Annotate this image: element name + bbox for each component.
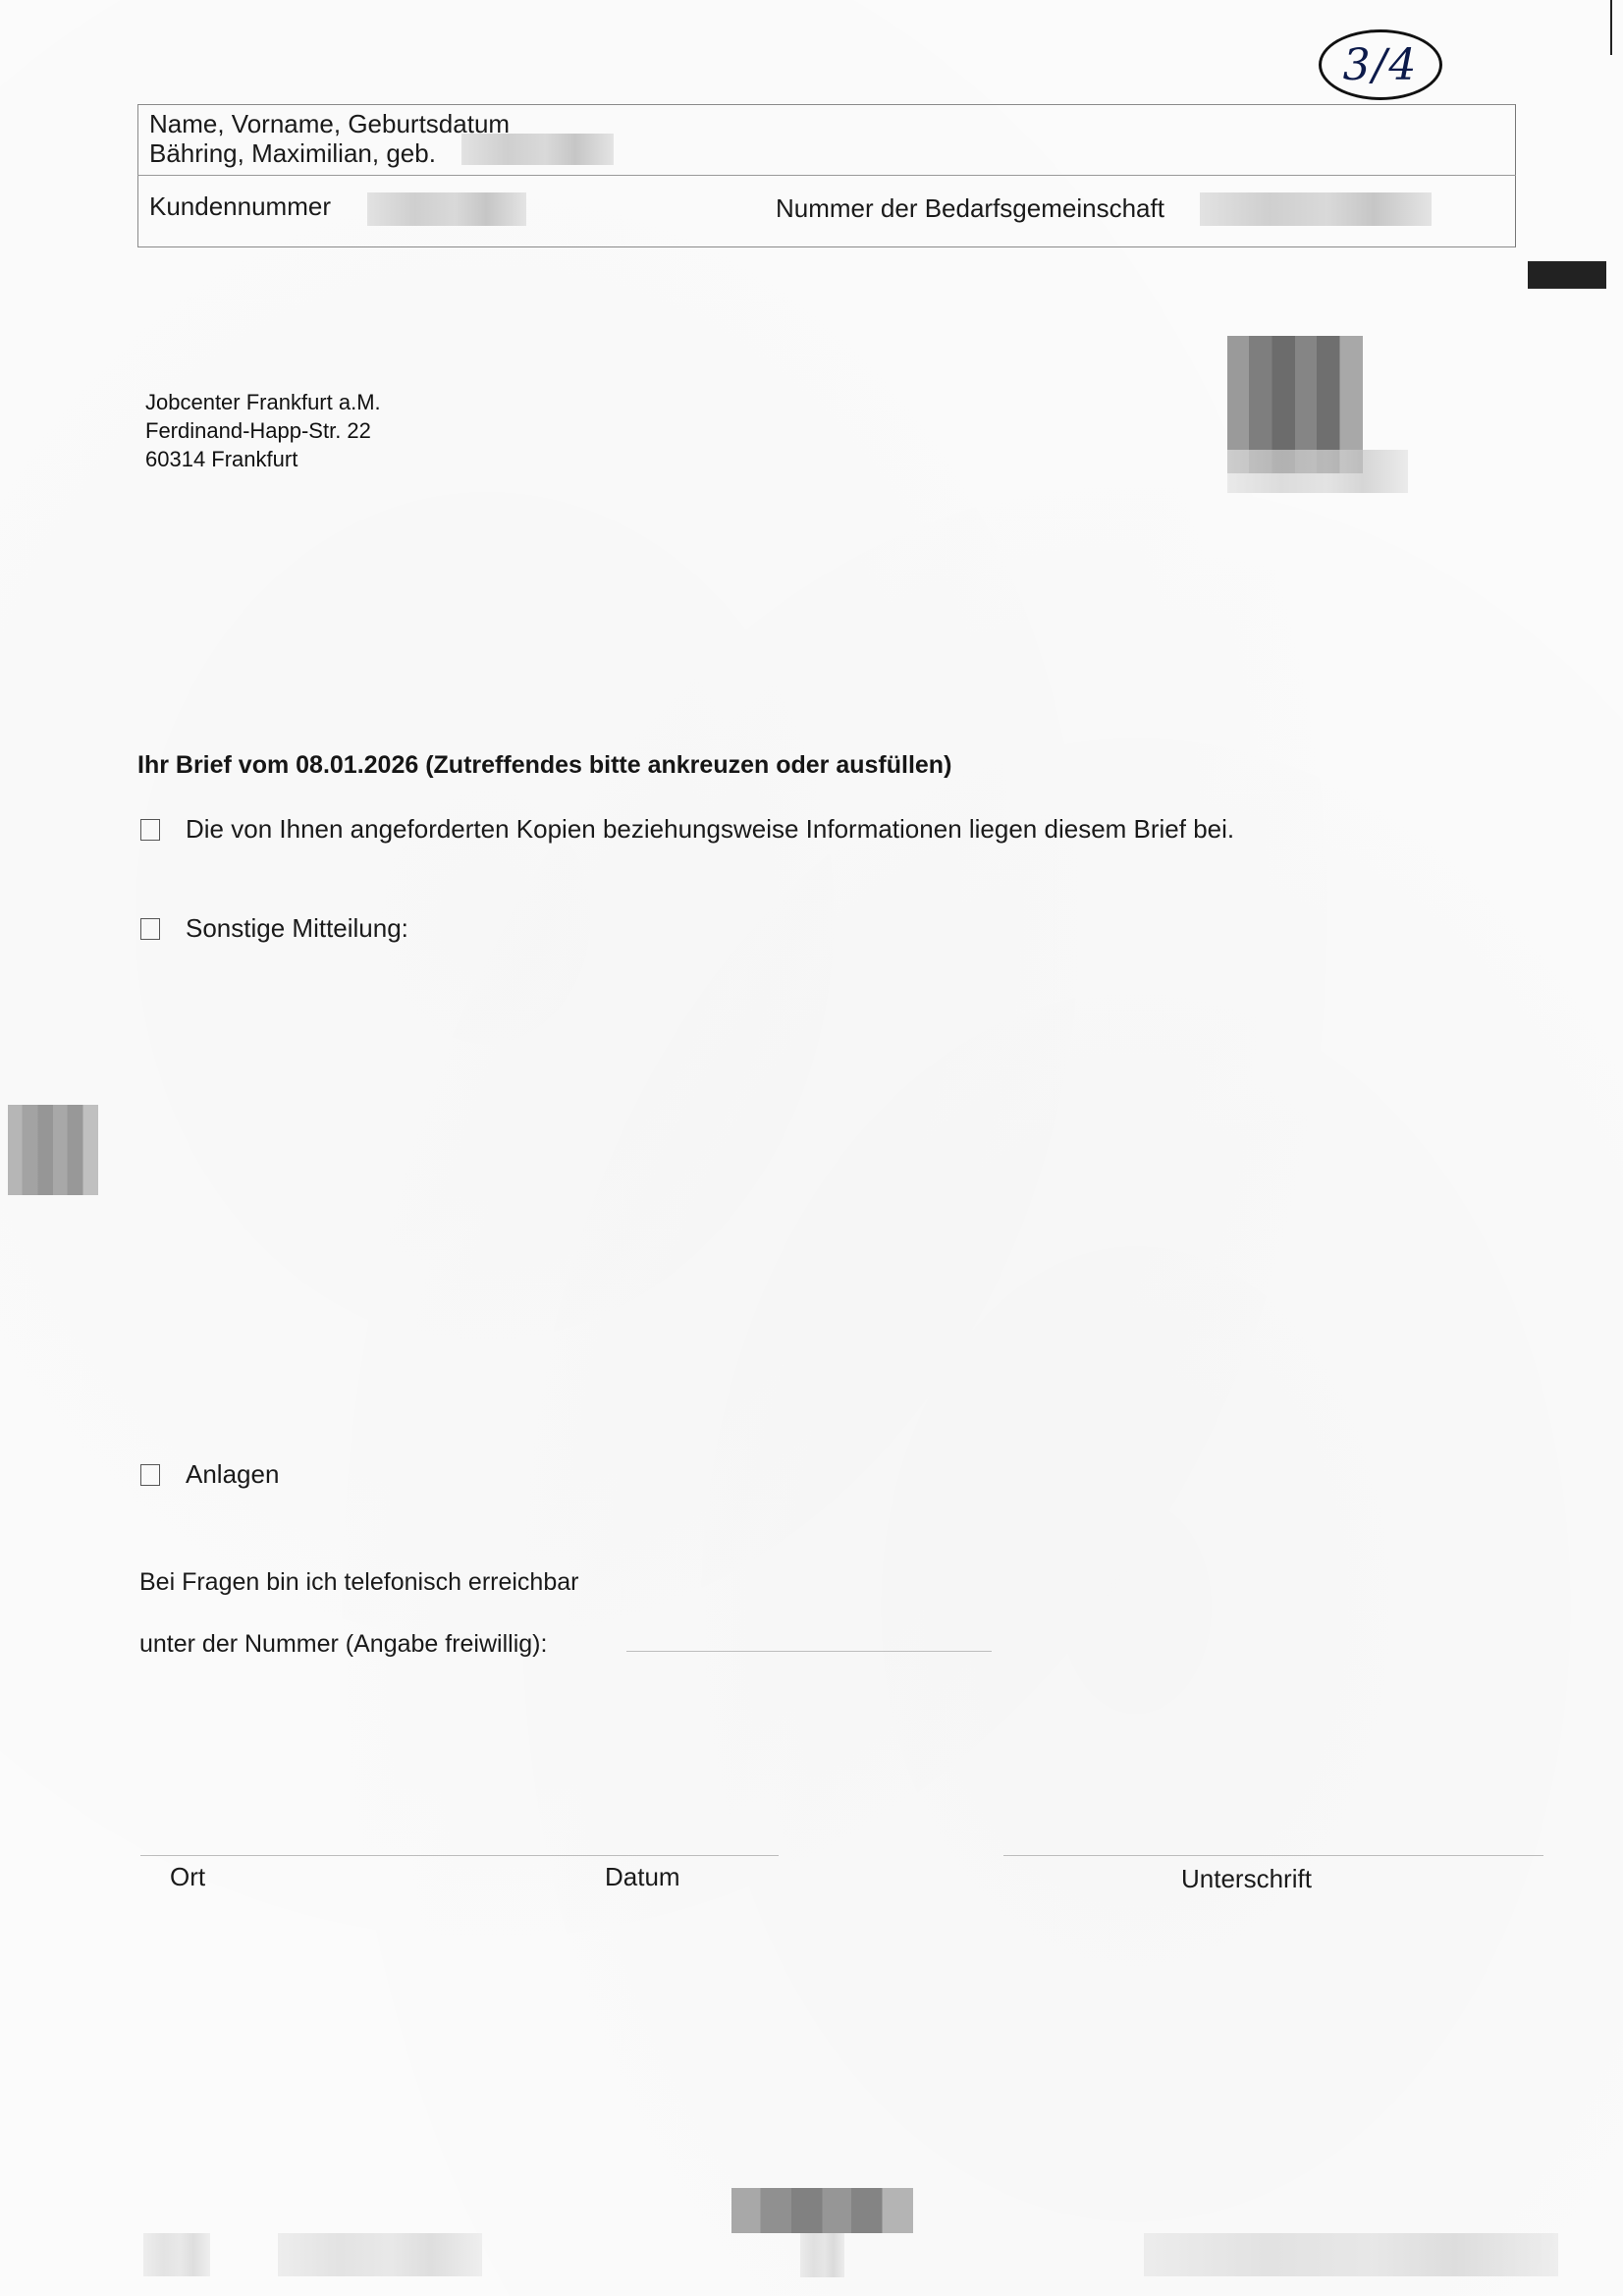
checkbox-copies-enclosed[interactable] [140, 819, 160, 841]
redacted-footer-center [731, 2188, 913, 2233]
redacted-birthdate [461, 134, 614, 165]
recipient-address: Jobcenter Frankfurt a.M. Ferdinand-Happ-… [145, 388, 381, 473]
phone-field-label: unter der Nummer (Angabe freiwillig): [139, 1630, 547, 1659]
recipient-line-1: Jobcenter Frankfurt a.M. [145, 388, 381, 416]
option-copies-enclosed[interactable]: Die von Ihnen angeforderten Kopien bezie… [140, 814, 1234, 845]
other-message-text-area[interactable] [172, 957, 1517, 1409]
option-attachments[interactable]: Anlagen [140, 1459, 279, 1490]
edge-mark [1610, 0, 1612, 55]
name-field-label: Name, Vorname, Geburtsdatum [149, 110, 510, 138]
redacted-footer-right [1144, 2233, 1558, 2276]
page-number-stamp: 3/4 [1319, 29, 1442, 100]
signature-label: Unterschrift [1181, 1864, 1312, 1894]
scan-edge-marker [1528, 261, 1606, 289]
phone-input[interactable] [626, 1620, 992, 1650]
name-field-value: Bähring, Maximilian, geb. [149, 139, 436, 168]
recipient-line-3: 60314 Frankfurt [145, 445, 381, 473]
page-number-text: 3/4 [1343, 40, 1419, 90]
phone-field-line[interactable] [626, 1651, 992, 1652]
customer-info-divider [137, 175, 1516, 176]
redacted-margin-mark [8, 1105, 98, 1195]
checkbox-attachments[interactable] [140, 1464, 160, 1486]
option-attachments-label: Anlagen [186, 1459, 279, 1490]
date-label: Datum [605, 1862, 680, 1892]
redacted-customer-number [367, 192, 526, 226]
community-number-label: Nummer der Bedarfsgemeinschaft [776, 194, 1164, 223]
redacted-community-number [1200, 192, 1432, 226]
place-label: Ort [170, 1862, 205, 1892]
recipient-line-2: Ferdinand-Happ-Str. 22 [145, 416, 381, 445]
option-copies-enclosed-label: Die von Ihnen angeforderten Kopien bezie… [186, 814, 1234, 845]
form-heading: Ihr Brief vom 08.01.2026 (Zutreffendes b… [137, 751, 951, 780]
place-date-line[interactable] [140, 1855, 779, 1856]
customer-number-label: Kundennummer [149, 192, 331, 221]
redacted-footer-center-small [800, 2233, 844, 2277]
phone-intro-text: Bei Fragen bin ich telefonisch erreichba… [139, 1568, 578, 1597]
option-other-message-label: Sonstige Mitteilung: [186, 913, 408, 944]
option-other-message[interactable]: Sonstige Mitteilung: [140, 913, 408, 944]
redacted-barcode-footer [1227, 450, 1408, 493]
checkbox-other-message[interactable] [140, 918, 160, 940]
redacted-footer-left-small [143, 2233, 210, 2276]
signature-line[interactable] [1003, 1855, 1543, 1856]
redacted-footer-left [278, 2233, 482, 2276]
